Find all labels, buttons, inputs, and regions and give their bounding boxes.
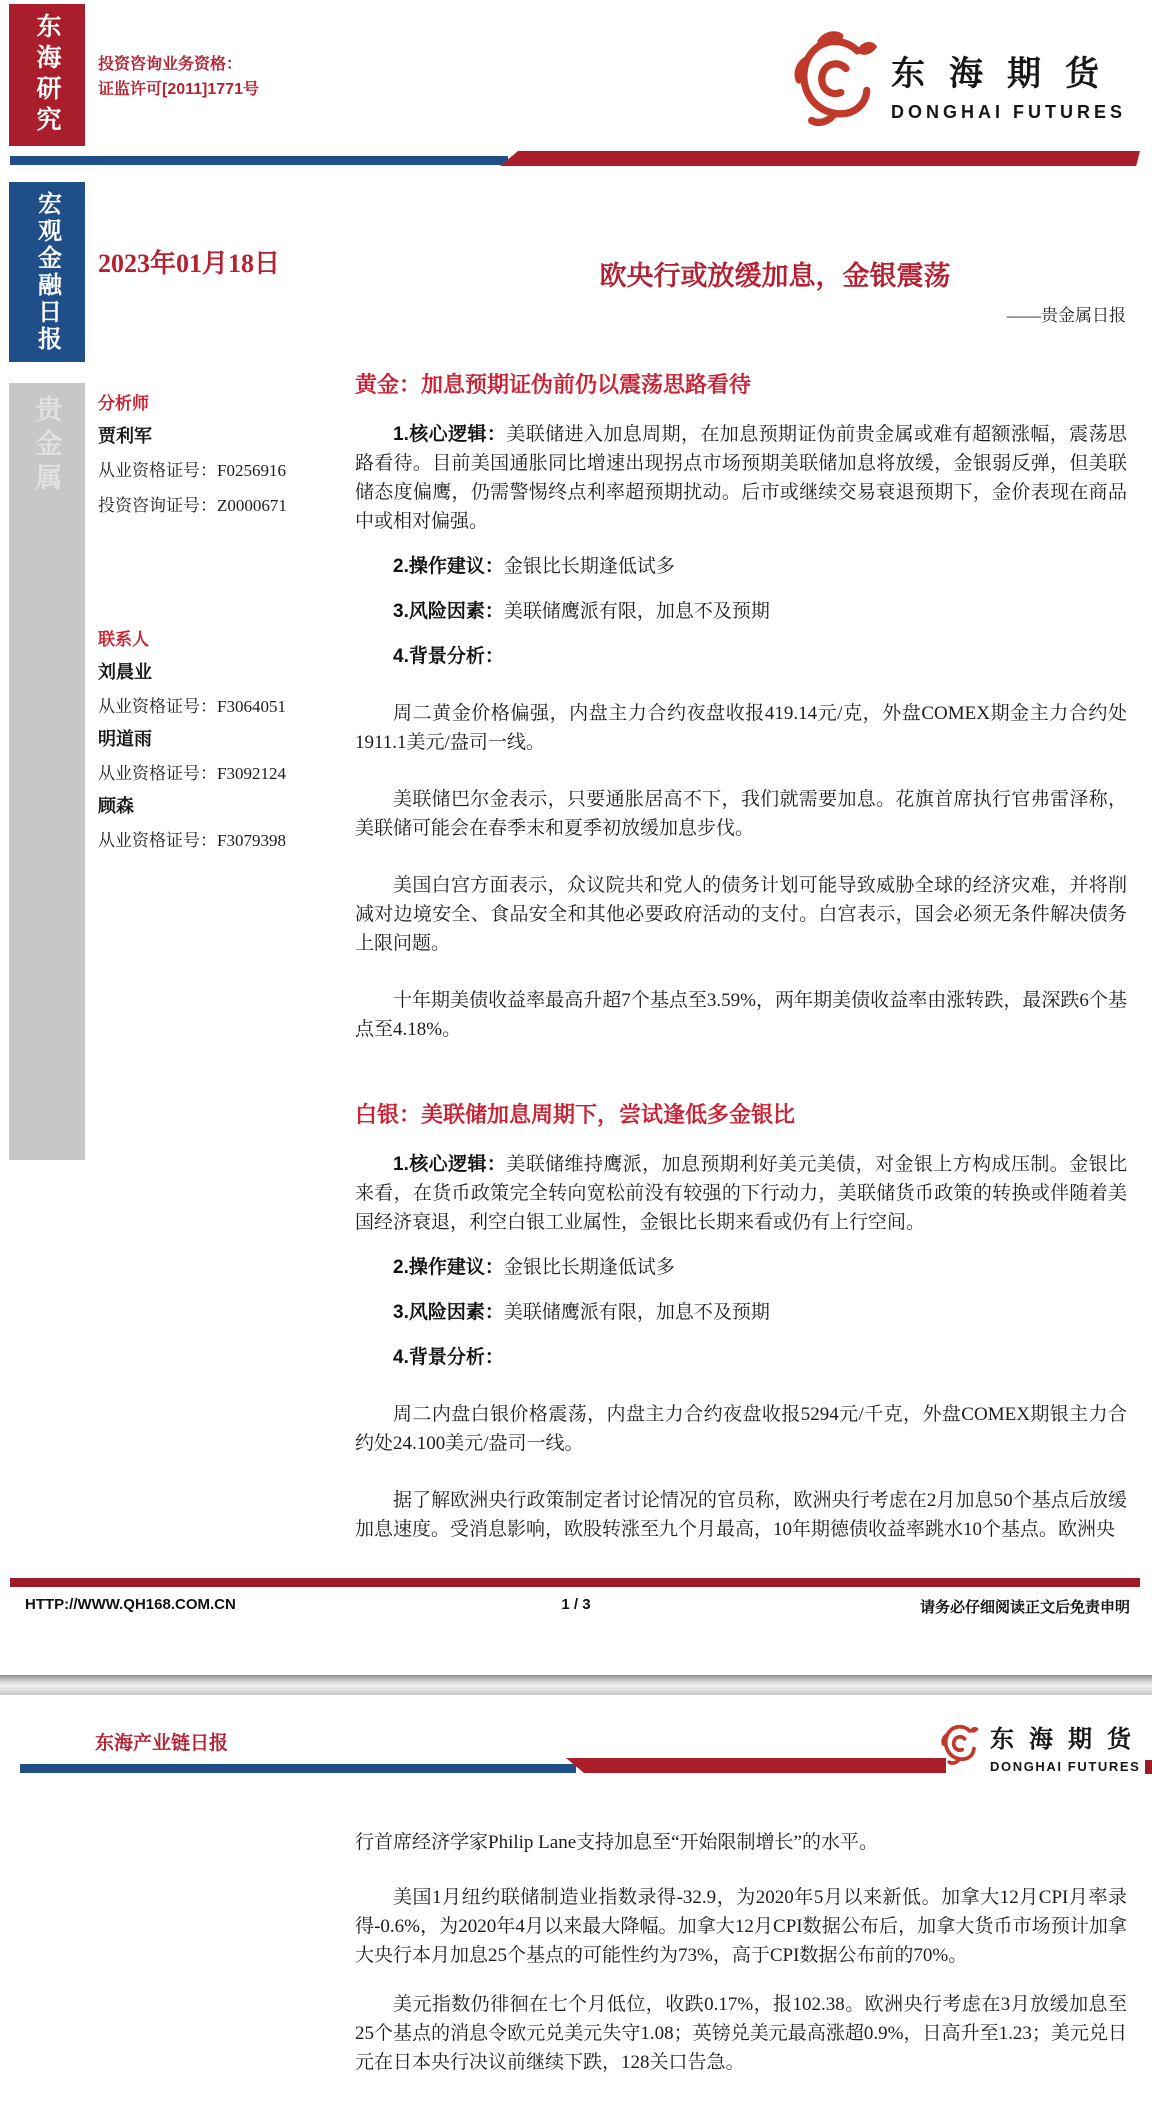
silver-background-1: 周二内盘白银价格震荡，内盘主力合约夜盘收报5294元/千克，外盘COMEX期银主… — [355, 1400, 1127, 1458]
logo-text: 东海期货 DONGHAI FUTURES — [990, 1715, 1152, 1774]
item-label: 1.核心逻辑： — [393, 1154, 506, 1175]
header-rule-blue — [20, 1764, 576, 1773]
gold-core-logic: 1.核心逻辑：美联储进入加息周期，在加息预期证伪前贵金属或难有超额涨幅，震荡思路… — [355, 420, 1127, 536]
gold-advice: 2.操作建议：金银比长期逢低试多 — [355, 552, 1127, 581]
contact-cert: 从业资格证号：F3064051 — [98, 696, 353, 718]
license-line1: 投资咨询业务资格： — [98, 52, 259, 77]
footer-rule — [10, 1578, 1140, 1587]
silver-background-2: 据了解欧洲央行政策制定者讨论情况的官员称，欧洲央行考虑在2月加息50个基点后放缓… — [355, 1486, 1127, 1544]
logo-text: 东海期货 DONGHAI FUTURES — [891, 28, 1126, 123]
analyst-column: 分析师 贾利军 从业资格证号：F0256916 投资咨询证号：Z0000671 … — [98, 393, 353, 852]
report-body: 黄金：加息预期证伪前仍以震荡思路看待 1.核心逻辑：美联储进入加息周期，在加息预… — [355, 370, 1127, 1544]
contact-cert: 从业资格证号：F3079398 — [98, 830, 353, 852]
report-page-2: 东海产业链日报 东海期货 DONGHAI FUTURES 行首席经济学家P — [0, 1695, 1152, 2105]
logo-red-square — [1145, 1760, 1152, 1774]
item-label: 3.风险因素： — [393, 1302, 504, 1323]
item-label: 2.操作建议： — [393, 556, 504, 577]
contact-label: 联系人 — [98, 629, 353, 651]
silver-risk: 3.风险因素：美联储鹰派有限，加息不及预期 — [355, 1298, 1127, 1327]
silver-background-3: 美国1月纽约联储制造业指数录得-32.9，为2020年5月以来新低。加拿大12月… — [355, 1883, 1127, 1970]
report-date: 2023年01月18日 — [98, 243, 280, 280]
contact-cert: 从业资格证号：F3092124 — [98, 763, 353, 785]
gold-background-2: 美联储巴尔金表示，只要通胀居高不下，我们就需要加息。花旗首席执行官弗雷泽称，美联… — [355, 785, 1127, 843]
page2-header-title: 东海产业链日报 — [95, 1728, 228, 1755]
item-label: 4.背景分析： — [393, 1347, 504, 1368]
page-footer: HTTP://WWW.QH168.COM.CN 1 / 3 请务必仔细阅读正文后… — [0, 1596, 1152, 1620]
footer-disclaimer: 请务必仔细阅读正文后免责申明 — [920, 1596, 1130, 1617]
gold-background-1: 周二黄金价格偏强，内盘主力合约夜盘收报419.14元/克，外盘COMEX期金主力… — [355, 699, 1127, 757]
header-rule-blue — [10, 156, 508, 165]
item-label: 2.操作建议： — [393, 1257, 504, 1278]
category-label: 贵金属 — [28, 395, 67, 1160]
report-type-label: 宏观金融日报 — [30, 191, 65, 353]
analyst-cert-1: 从业资格证号：F0256916 — [98, 460, 353, 482]
donghai-futures-logo: 东海期货 DONGHAI FUTURES — [938, 1715, 1152, 1778]
research-banner-label: 东海研究 — [29, 13, 65, 137]
header-rule-red — [566, 1758, 946, 1773]
item-text: 美联储鹰派有限，加息不及预期 — [504, 601, 770, 622]
item-text: 美联储鹰派有限，加息不及预期 — [504, 1302, 770, 1323]
gold-background-4: 十年期美债收益率最高升超7个基点至3.59%，两年期美债收益率由涨转跌，最深跌6… — [355, 986, 1127, 1044]
silver-advice: 2.操作建议：金银比长期逢低试多 — [355, 1253, 1127, 1282]
analyst-cert-2: 投资咨询证号：Z0000671 — [98, 495, 353, 517]
item-label: 3.风险因素： — [393, 601, 504, 622]
silver-background-4: 美元指数仍徘徊在七个月低位，收跌0.17%，报102.38。欧洲央行考虑在3月放… — [355, 1990, 1127, 2077]
license-line2: 证监许可[2011]1771号 — [98, 77, 259, 102]
report-type-banner: 宏观金融日报 — [9, 182, 85, 362]
silver-core-logic: 1.核心逻辑：美联储维持鹰派，加息预期利好美元美债，对金银上方构成压制。金银比来… — [355, 1150, 1127, 1237]
item-label: 1.核心逻辑： — [393, 424, 506, 445]
license-block: 投资咨询业务资格： 证监许可[2011]1771号 — [98, 52, 259, 102]
silver-background-continued: 行首席经济学家Philip Lane支持加息至“开始限制增长”的水平。 — [355, 1828, 1127, 1857]
dragon-logo-icon — [938, 1715, 980, 1778]
donghai-futures-logo: 东海期货 DONGHAI FUTURES — [786, 28, 1126, 137]
logo-en-row: DONGHAI FUTURES — [990, 1759, 1152, 1774]
gold-background-3: 美国白宫方面表示，众议院共和党人的债务计划可能导致威胁全球的经济灾难，并将削减对… — [355, 871, 1127, 958]
silver-background-label: 4.背景分析： — [355, 1343, 1127, 1372]
gold-risk: 3.风险因素：美联储鹰派有限，加息不及预期 — [355, 597, 1127, 626]
category-banner: 贵金属 — [9, 383, 85, 1160]
research-banner: 东海研究 — [9, 4, 85, 146]
report-body-continued: 行首席经济学家Philip Lane支持加息至“开始限制增长”的水平。 美国1月… — [355, 1828, 1127, 2077]
logo-en-text: DONGHAI FUTURES — [990, 1759, 1140, 1774]
contact-name: 刘晨业 — [98, 661, 353, 683]
logo-cn-text: 东海期货 — [891, 50, 1126, 98]
contact-name: 顾森 — [98, 795, 353, 817]
item-text: 金银比长期逢低试多 — [504, 556, 675, 577]
dragon-logo-icon — [786, 28, 881, 137]
logo-cn-text: 东海期货 — [990, 1723, 1152, 1757]
gold-background-label: 4.背景分析： — [355, 642, 1127, 671]
report-page-1: 东海研究 投资咨询业务资格： 证监许可[2011]1771号 东海期货 DONG… — [0, 0, 1152, 1675]
contact-name: 明道雨 — [98, 728, 353, 750]
silver-section-heading: 白银：美联储加息周期下，尝试逢低多金银比 — [355, 1100, 1127, 1130]
analyst-label: 分析师 — [98, 393, 353, 415]
item-label: 4.背景分析： — [393, 646, 504, 667]
pdf-document-view: { "colors": { "brand_red": "#AA1E2C", "h… — [0, 0, 1152, 2105]
logo-en-text: DONGHAI FUTURES — [891, 102, 1126, 123]
page-title: 欧央行或放缓加息，金银震荡 — [540, 254, 1010, 293]
page-separator — [0, 1675, 1152, 1695]
gold-section-heading: 黄金：加息预期证伪前仍以震荡思路看待 — [355, 370, 1127, 400]
page-subtitle: ——贵金属日报 — [355, 301, 1126, 326]
analyst-name: 贾利军 — [98, 425, 353, 447]
header-rule-red — [500, 151, 1140, 166]
item-text: 金银比长期逢低试多 — [504, 1257, 675, 1278]
